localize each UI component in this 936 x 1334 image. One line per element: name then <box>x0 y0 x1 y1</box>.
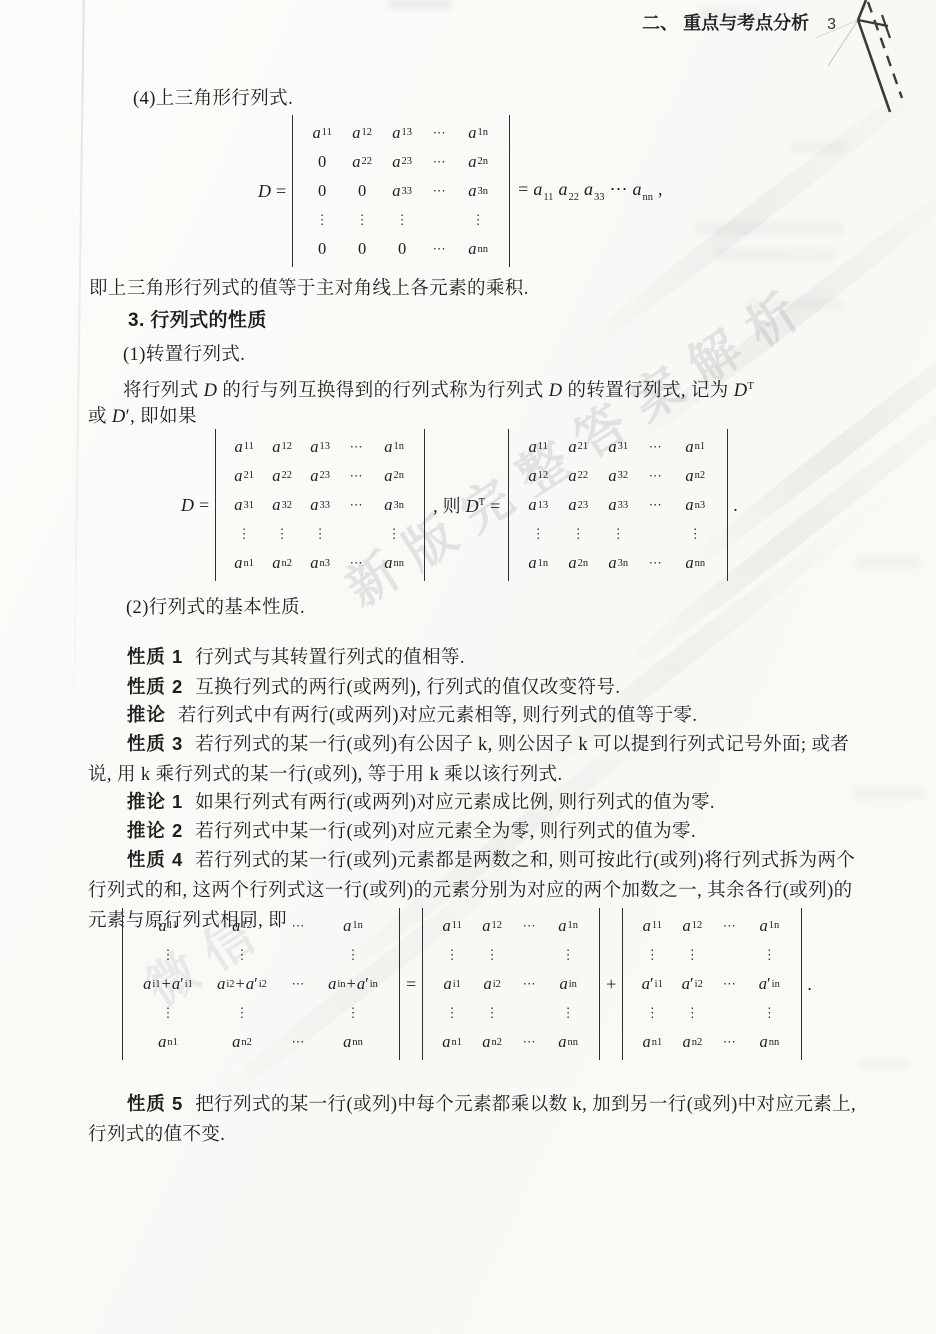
matrix-cell: ⋯ <box>339 497 373 513</box>
matrix-cell: ann <box>456 239 500 259</box>
matrix-cell: ⋮ <box>301 526 339 542</box>
matrix-cell: ⋯ <box>512 1034 546 1050</box>
matrix-cell: ⋮ <box>316 1005 390 1021</box>
equation-period: . <box>807 974 812 995</box>
matrix-row: 000⋯ann <box>302 235 500 264</box>
matrix-cell: 0 <box>302 181 342 201</box>
matrix-row: an1an2an3⋯ann <box>225 549 415 578</box>
matrix-cell: ⋯ <box>280 918 316 934</box>
matrix-cell: a23 <box>301 466 339 486</box>
property-label: 性质 5 <box>127 1093 183 1114</box>
determinant-upper-triangular: a11a12a13⋯a1n0a22a23⋯a2n00a33⋯a3n⋮⋮⋮⋮000… <box>292 115 510 267</box>
matrix-cell: a11 <box>518 437 558 457</box>
matrix-row: ⋮⋮⋮ <box>432 940 590 969</box>
property-label: 性质 3 <box>127 733 183 754</box>
matrix-cell: ⋮ <box>382 212 422 228</box>
matrix-cell: 0 <box>342 239 382 259</box>
property-1: 性质 1行列式与其转置行列式的值相等. <box>88 642 866 673</box>
matrix-cell: a11 <box>132 916 204 936</box>
section-title: 二、 重点与考点分析 <box>642 9 809 35</box>
matrix-cell: a21 <box>225 466 263 486</box>
matrix-cell: ⋯ <box>339 555 373 571</box>
matrix-cell: an1 <box>432 1032 472 1052</box>
matrix-cell: ⋮ <box>672 947 712 963</box>
property-text: 若行列式中有两行(或两列)对应元素相等, 则行列式的值等于零. <box>178 706 698 726</box>
matrix-row: an1an2⋯ann <box>432 1028 590 1057</box>
matrix-cell: ai2+a′i2 <box>204 974 280 994</box>
matrix-row: a21a22a23⋯a2n <box>225 461 415 490</box>
matrix-cell: ann <box>373 553 415 573</box>
matrix-cell: an2 <box>204 1032 280 1052</box>
matrix-cell: a33 <box>382 181 422 201</box>
pen-scribble <box>816 0 936 140</box>
property-text: 把行列式的某一行(或列)中每个元素都乘以数 k, 加到另一行(或列)中对应元素上… <box>88 1095 856 1145</box>
matrix-cell: ai2 <box>472 974 512 994</box>
matrix-cell: a22 <box>558 466 598 486</box>
matrix-cell: a1n <box>316 916 390 936</box>
matrix-cell: ⋮ <box>263 526 301 542</box>
matrix-row: ⋮⋮⋮ <box>632 940 792 969</box>
matrix-cell: ai1+a′i1 <box>132 974 204 994</box>
matrix-cell: ann <box>316 1032 390 1052</box>
matrix-cell: an1 <box>132 1032 204 1052</box>
matrix-cell: ⋮ <box>225 526 263 542</box>
matrix-cell: ann <box>746 1032 792 1052</box>
page-header: 二、 重点与考点分析 3 <box>0 9 936 35</box>
property-2: 性质 2互换行列式的两行(或两列), 行列式的值仅改变符号. <box>88 672 866 703</box>
matrix-row: ⋮⋮⋮⋮ <box>225 520 415 549</box>
matrix-cell: an2 <box>263 553 301 573</box>
matrix-cell: ⋯ <box>422 183 456 199</box>
matrix-cell: a23 <box>382 152 422 172</box>
property-text: 行列式与其转置行列式的值相等. <box>195 648 465 668</box>
matrix-row: an1an2⋯ann <box>632 1028 792 1057</box>
matrix-cell: ⋮ <box>518 526 558 542</box>
corollary-1: 推论 1如果行列式有两行(或两列)对应元素成比例, 则行列式的值为零. <box>88 787 866 818</box>
matrix-row: ⋮⋮⋮ <box>132 940 390 969</box>
matrix-cell: ⋮ <box>558 526 598 542</box>
matrix-cell: ⋮ <box>546 947 590 963</box>
equation-upper-triangular: D= a11a12a13⋯a1n0a22a23⋯a2n00a33⋯a3n⋮⋮⋮⋮… <box>258 116 662 266</box>
matrix-row: a11a21a31⋯an1 <box>518 432 718 461</box>
matrix-row: a11a12⋯a1n <box>432 911 590 940</box>
matrix-cell: a1n <box>518 553 558 573</box>
section-3-title: 3. 行列式的性质 <box>128 306 267 336</box>
matrix-cell: ⋮ <box>373 526 415 542</box>
matrix-cell: a3n <box>373 495 415 515</box>
matrix-cell: a33 <box>301 495 339 515</box>
matrix-cell: a3n <box>456 181 500 201</box>
equation-period: . <box>733 495 738 516</box>
matrix-cell: ⋯ <box>638 439 672 455</box>
matrix-cell: ⋯ <box>280 1034 316 1050</box>
matrix-cell: a13 <box>382 123 422 143</box>
property-label: 推论 <box>127 704 166 725</box>
determinant-D: a11a12a13⋯a1na21a22a23⋯a2na31a32a33⋯a3n⋮… <box>215 429 425 581</box>
determinant-second-addend: a11a12⋯a1n⋮⋮⋮a′i1a′i2⋯a′in⋮⋮⋮an1an2⋯ann <box>622 908 802 1060</box>
determinant-first-addend: a11a12⋯a1n⋮⋮⋮ai1ai2⋯ain⋮⋮⋮an1an2⋯ann <box>422 908 600 1060</box>
matrix-cell: 0 <box>342 181 382 201</box>
matrix-cell: an1 <box>632 1032 672 1052</box>
matrix-cell: ain+a′in <box>316 974 390 994</box>
matrix-cell: ⋮ <box>204 1005 280 1021</box>
property-text: 互换行列式的两行(或两列), 行列式的值仅改变符号. <box>195 678 620 698</box>
matrix-cell: a11 <box>632 916 672 936</box>
matrix-cell: ⋯ <box>422 125 456 141</box>
matrix-cell: a11 <box>302 123 342 143</box>
matrix-cell: ⋮ <box>746 1005 792 1021</box>
matrix-cell: a12 <box>342 123 382 143</box>
corollary-2: 推论 2若行列式中某一行(或列)对应元素全为零, 则行列式的值为零. <box>88 816 866 847</box>
matrix-cell: an3 <box>672 495 718 515</box>
matrix-cell: a′i2 <box>672 974 712 994</box>
matrix-cell: a12 <box>472 916 512 936</box>
matrix-cell: ⋯ <box>712 918 746 934</box>
matrix-cell: a11 <box>225 437 263 457</box>
bleedthrough-mark <box>790 140 848 153</box>
plus-sign: + <box>606 974 616 995</box>
matrix-cell: an3 <box>301 553 339 573</box>
subsection-1-title: (1)转置行列式. <box>123 340 245 370</box>
matrix-cell: a21 <box>558 437 598 457</box>
matrix-row: 0a22a23⋯a2n <box>302 147 500 176</box>
matrix-cell: ⋯ <box>422 154 456 170</box>
matrix-cell: ⋮ <box>746 947 792 963</box>
matrix-row: a13a23a33⋯an3 <box>518 490 718 519</box>
bleedthrough-mark <box>388 0 452 9</box>
matrix-cell: a1n <box>456 123 500 143</box>
matrix-cell: a11 <box>432 916 472 936</box>
matrix-cell: ⋯ <box>339 468 373 484</box>
matrix-row: a1na2na3n⋯ann <box>518 549 718 578</box>
matrix-cell: a1n <box>373 437 415 457</box>
bleedthrough-mark <box>694 222 844 235</box>
matrix-cell: ann <box>546 1032 590 1052</box>
property-text: 若行列式中某一行(或列)对应元素全为零, 则行列式的值为零. <box>195 822 696 842</box>
matrix-cell: 0 <box>382 239 422 259</box>
scanned-page: 新版完整答案解析 微信 二、 重点与考点分析 3 (4)上三角形行列式. D= … <box>0 0 936 1334</box>
matrix-row: ai1ai2⋯ain <box>432 969 590 998</box>
matrix-row: ⋮⋮⋮ <box>132 999 390 1028</box>
matrix-row: an1an2⋯ann <box>132 1028 390 1057</box>
subsection-2-title: (2)行列式的基本性质. <box>126 593 305 623</box>
matrix-row: ai1+a′i1ai2+a′i2⋯ain+a′in <box>132 969 390 998</box>
matrix-cell: a23 <box>558 495 598 515</box>
matrix-cell: a31 <box>598 437 638 457</box>
equation-sum-decomposition: a11a12⋯a1n⋮⋮⋮ai1+a′i1ai2+a′i2⋯ain+a′in⋮⋮… <box>122 910 812 1058</box>
matrix-row: ⋮⋮⋮⋮ <box>302 206 500 235</box>
matrix-cell: ai1 <box>432 974 472 994</box>
matrix-cell: an2 <box>672 1032 712 1052</box>
subsection-4-title: (4)上三角形行列式. <box>133 84 293 114</box>
property-3: 性质 3若行列式的某一行(或列)有公因子 k, 则公因子 k 可以提到行列式记号… <box>88 729 866 790</box>
matrix-cell: a32 <box>263 495 301 515</box>
matrix-row: a11a12⋯a1n <box>632 911 792 940</box>
matrix-row: a11a12⋯a1n <box>132 911 390 940</box>
matrix-cell: a13 <box>518 495 558 515</box>
property-label: 推论 2 <box>127 820 183 841</box>
matrix-cell: a3n <box>598 553 638 573</box>
matrix-cell: a1n <box>746 916 792 936</box>
matrix-cell: a31 <box>225 495 263 515</box>
matrix-cell: ann <box>672 553 718 573</box>
matrix-cell: ⋯ <box>638 468 672 484</box>
matrix-cell: ⋮ <box>342 212 382 228</box>
property-label: 性质 4 <box>127 849 183 870</box>
matrix-cell: ain <box>546 974 590 994</box>
matrix-cell: ⋮ <box>472 1005 512 1021</box>
matrix-cell: ⋮ <box>672 1005 712 1021</box>
matrix-cell: a22 <box>263 466 301 486</box>
matrix-row: a11a12a13⋯a1n <box>225 432 415 461</box>
corollary: 推论若行列式中有两行(或两列)对应元素相等, 则行列式的值等于零. <box>88 700 866 731</box>
matrix-cell: ⋯ <box>638 497 672 513</box>
matrix-row: ⋮⋮⋮ <box>632 999 792 1028</box>
property-text: 若行列式的某一行(或列)有公因子 k, 则公因子 k 可以提到行列式记号外面; … <box>88 735 849 785</box>
matrix-cell: ⋮ <box>432 947 472 963</box>
matrix-cell: a12 <box>518 466 558 486</box>
matrix-cell: ⋯ <box>712 976 746 992</box>
matrix-cell: ⋯ <box>712 1034 746 1050</box>
determinant-sum: a11a12⋯a1n⋮⋮⋮ai1+a′i1ai2+a′i2⋯ain+a′in⋮⋮… <box>122 908 400 1060</box>
equation-rhs: =a11a22a33⋯ann, <box>518 179 662 203</box>
property-5: 性质 5把行列式的某一行(或列)中每个元素都乘以数 k, 加到另一行(或列)中对… <box>88 1089 866 1150</box>
matrix-cell: a33 <box>598 495 638 515</box>
matrix-cell: ⋮ <box>132 947 204 963</box>
matrix-cell: ⋮ <box>546 1005 590 1021</box>
property-label: 推论 1 <box>127 791 183 812</box>
bleedthrough-mark <box>858 1058 910 1070</box>
matrix-cell: ⋮ <box>472 947 512 963</box>
matrix-cell: ⋯ <box>512 918 546 934</box>
equation-lhs: D= <box>258 181 286 202</box>
matrix-cell: ⋯ <box>339 439 373 455</box>
matrix-cell: ⋮ <box>598 526 638 542</box>
matrix-cell: ⋮ <box>302 212 342 228</box>
matrix-cell: a12 <box>672 916 712 936</box>
matrix-cell: a1n <box>546 916 590 936</box>
matrix-cell: ⋮ <box>316 947 390 963</box>
equation-mid: ,则DT= <box>433 492 500 518</box>
matrix-cell: an2 <box>672 466 718 486</box>
matrix-cell: an1 <box>225 553 263 573</box>
scan-crease-line <box>73 0 85 690</box>
matrix-cell: 0 <box>302 239 342 259</box>
matrix-row: a11a12a13⋯a1n <box>302 118 500 147</box>
matrix-cell: a′i1 <box>632 974 672 994</box>
equation-transpose: D= a11a12a13⋯a1na21a22a23⋯a2na31a32a33⋯a… <box>181 430 738 580</box>
matrix-cell: ⋯ <box>512 976 546 992</box>
matrix-row: a31a32a33⋯a3n <box>225 490 415 519</box>
matrix-cell: ⋮ <box>432 1005 472 1021</box>
matrix-cell: a13 <box>301 437 339 457</box>
matrix-cell: ⋮ <box>204 947 280 963</box>
matrix-cell: ⋮ <box>632 947 672 963</box>
matrix-cell: ⋯ <box>280 976 316 992</box>
paragraph-diagonal-product: 即上三角形行列式的值等于主对角线上各元素的乘积. <box>89 274 529 304</box>
matrix-cell: ⋯ <box>422 241 456 257</box>
matrix-cell: an2 <box>472 1032 512 1052</box>
matrix-cell: ⋮ <box>672 526 718 542</box>
matrix-cell: a12 <box>263 437 301 457</box>
matrix-cell: a22 <box>342 152 382 172</box>
matrix-cell: an1 <box>672 437 718 457</box>
matrix-cell: a2n <box>456 152 500 172</box>
matrix-cell: ⋮ <box>456 212 500 228</box>
matrix-row: a12a22a32⋯an2 <box>518 461 718 490</box>
matrix-row: 00a33⋯a3n <box>302 176 500 205</box>
matrix-row: ⋮⋮⋮⋮ <box>518 520 718 549</box>
matrix-row: ⋮⋮⋮ <box>432 999 590 1028</box>
matrix-cell: ⋯ <box>638 555 672 571</box>
property-label: 性质 1 <box>127 646 183 667</box>
paragraph-transpose-line1: 将行列式D的行与列互换得到的行列式称为行列式D的转置行列式,记为DT <box>123 372 754 406</box>
matrix-row: a′i1a′i2⋯a′in <box>632 969 792 998</box>
bleedthrough-mark <box>856 556 920 568</box>
matrix-cell: ⋮ <box>632 1005 672 1021</box>
equation-lhs: D= <box>181 495 209 516</box>
property-label: 性质 2 <box>127 676 183 697</box>
determinant-D-transpose: a11a21a31⋯an1a12a22a32⋯an2a13a23a33⋯an3⋮… <box>508 429 728 581</box>
matrix-cell: a2n <box>373 466 415 486</box>
property-text: 如果行列式有两行(或两列)对应元素成比例, 则行列式的值为零. <box>195 793 715 813</box>
matrix-cell: a2n <box>558 553 598 573</box>
matrix-cell: a′in <box>746 974 792 994</box>
bleedthrough-mark <box>716 248 836 261</box>
matrix-cell: ⋮ <box>132 1005 204 1021</box>
matrix-cell: 0 <box>302 152 342 172</box>
equals-sign: = <box>406 974 416 995</box>
matrix-cell: a12 <box>204 916 280 936</box>
matrix-cell: a32 <box>598 466 638 486</box>
paragraph-transpose-line2: 或D′,即如果 <box>88 402 197 432</box>
